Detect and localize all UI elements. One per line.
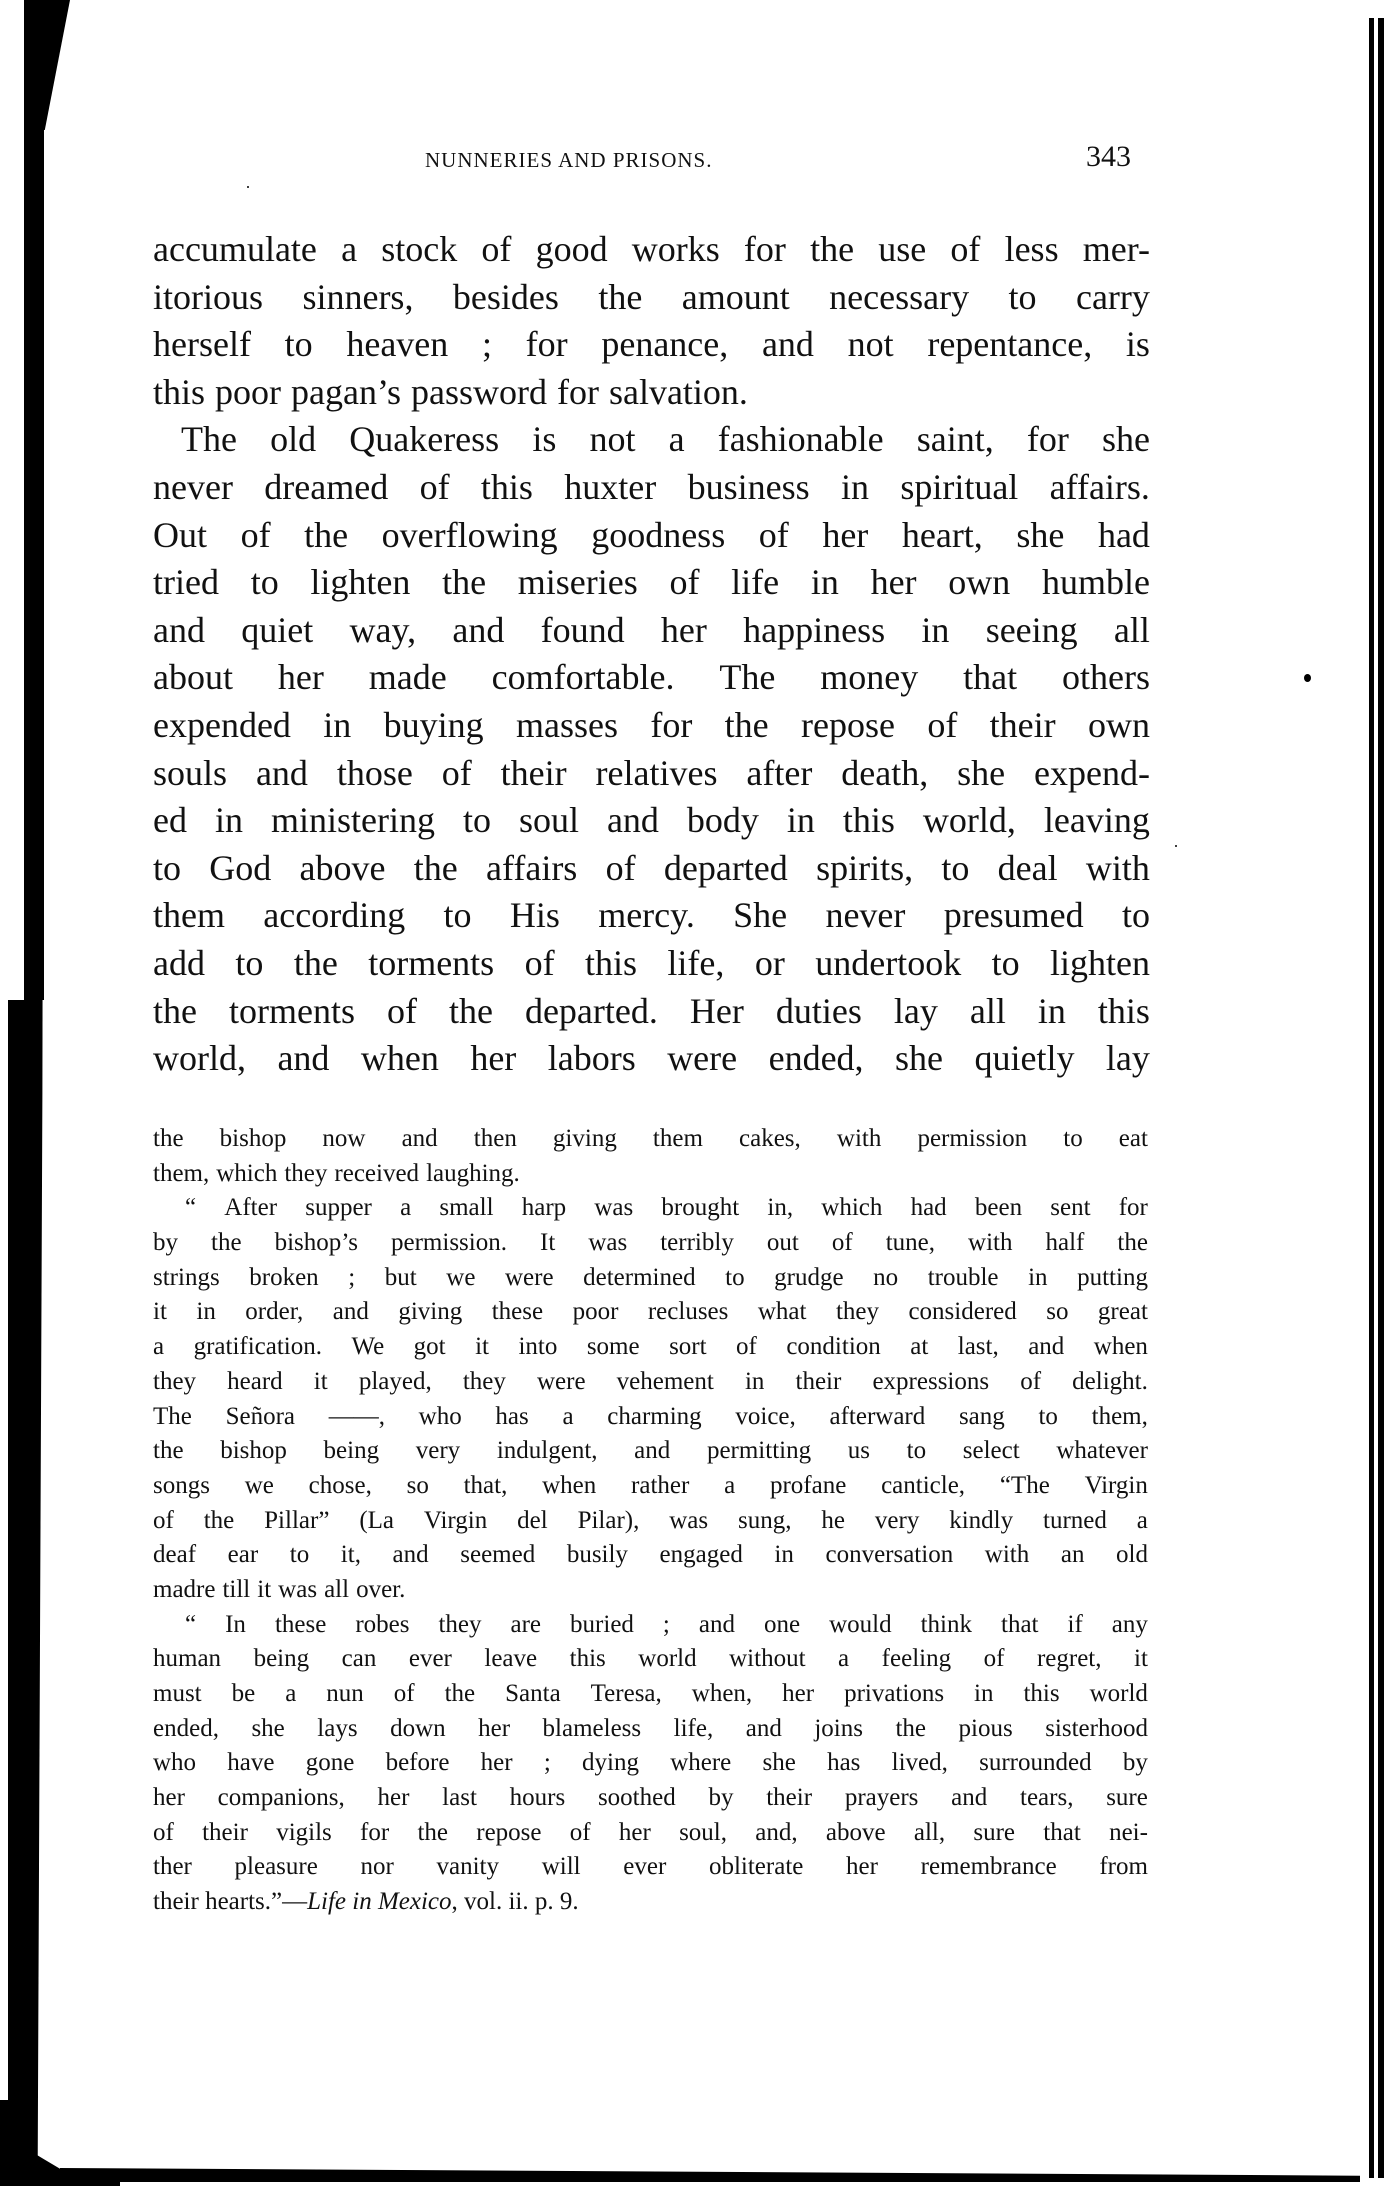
footnote-extract: thebishopnowandthengivingthemcakes,withp… (153, 1122, 1148, 1920)
footnote-line: thebishopbeingveryindulgent,andpermittin… (153, 1434, 1148, 1469)
body-line: themaccordingtoHismercy.Sheneverpresumed… (153, 892, 1150, 940)
body-line: herselftoheaven;forpenance,andnotrepenta… (153, 321, 1150, 369)
footnote-line: songswechose,sothat,whenratheraprofaneca… (153, 1469, 1148, 1504)
body-line: thispoorpagan’spasswordforsalvation. (153, 369, 1150, 417)
scan-top-left-flare (28, 0, 70, 130)
footnote-line: them,whichtheyreceivedlaughing. (153, 1157, 1148, 1192)
footnote-line: hercompanions,herlasthourssoothedbytheir… (153, 1781, 1148, 1816)
footnote-line: deafeartoit,andseemedbusilyengagedinconv… (153, 1538, 1148, 1573)
body-line: Outoftheoverflowinggoodnessofherheart,sh… (153, 512, 1150, 560)
body-line: toGodabovetheaffairsofdepartedspirits,to… (153, 845, 1150, 893)
page-number: 343 (1086, 140, 1131, 174)
footnote-line: “Intheserobestheyareburied;andonewouldth… (153, 1608, 1148, 1643)
citation-title: Life in Mexico (307, 1885, 451, 1920)
footnote-line: TheSeñora——,whohasacharmingvoice,afterwa… (153, 1400, 1148, 1435)
body-line: neverdreamedofthishuxterbusinessinspirit… (153, 464, 1150, 512)
scan-right-edge-inner (1369, 18, 1374, 2178)
footnote-line: humanbeingcaneverleavethisworldwithoutaf… (153, 1642, 1148, 1677)
footnote-line: mustbeanunoftheSantaTeresa,when,herpriva… (153, 1677, 1148, 1712)
body-line: triedtolightenthemiseriesoflifeinherownh… (153, 559, 1150, 607)
footnote-line: ofthePillar”(LaVirgindelPilar),wassung,h… (153, 1504, 1148, 1539)
scan-left-edge-inner (8, 1000, 30, 2186)
scan-bottom-edge (60, 2168, 1360, 2182)
citation-line: their hearts.”—Life in Mexico, vol. ii. … (153, 1885, 1148, 1920)
body-line: edinministeringtosoulandbodyinthisworld,… (153, 797, 1150, 845)
footnote-line: whohavegonebeforeher;dyingwhereshehasliv… (153, 1746, 1148, 1781)
footnote-line: stringsbroken;butweweredeterminedtogrudg… (153, 1261, 1148, 1296)
footnote-line: ended,shelaysdownherblamelesslife,andjoi… (153, 1712, 1148, 1747)
footnote-line: “Aftersupperasmallharpwasbroughtin,which… (153, 1191, 1148, 1226)
scan-speck (1304, 674, 1311, 682)
footnote-line: theyhearditplayed,theywerevehementinthei… (153, 1365, 1148, 1400)
footnote-line: oftheirvigilsforthereposeofhersoul,and,a… (153, 1816, 1148, 1851)
body-line: TheoldQuakeressisnotafashionablesaint,fo… (153, 416, 1150, 464)
footnote-line: itinorder,andgivingthesepoorrecluseswhat… (153, 1295, 1148, 1330)
citation-suffix: , vol. ii. p. 9. (452, 1885, 579, 1920)
footnote-line: bythebishop’spermission.Itwasterriblyout… (153, 1226, 1148, 1261)
scan-right-edge-outer (1378, 18, 1384, 2178)
body-line: thetormentsofthedeparted.Herdutieslayall… (153, 988, 1150, 1036)
body-line: andquietway,andfoundherhappinessinseeing… (153, 607, 1150, 655)
body-line: abouthermadecomfortable.Themoneythatothe… (153, 654, 1150, 702)
scan-left-edge-upper (24, 0, 44, 1000)
scan-speck (247, 186, 249, 188)
running-head-title: NUNNERIES AND PRISONS. (425, 148, 725, 173)
scan-speck (1175, 845, 1177, 847)
body-line: expendedinbuyingmassesforthereposeofthei… (153, 702, 1150, 750)
body-line: world,andwhenherlaborswereended,shequiet… (153, 1035, 1150, 1083)
body-line: itorioussinners,besidestheamountnecessar… (153, 274, 1150, 322)
footnote-line: thebishopnowandthengivingthemcakes,withp… (153, 1122, 1148, 1157)
body-line: accumulateastockofgoodworksfortheuseofle… (153, 226, 1150, 274)
body-line: soulsandthoseoftheirrelativesafterdeath,… (153, 750, 1150, 798)
footnote-line: therpleasurenorvanitywilleverobliterateh… (153, 1850, 1148, 1885)
footnote-line: agratification.Wegotitintosomesortofcond… (153, 1330, 1148, 1365)
body-line: addtothetormentsofthislife,orundertookto… (153, 940, 1150, 988)
body-text: accumulateastockofgoodworksfortheuseofle… (153, 226, 1150, 1083)
footnote-line: madretillitwasallover. (153, 1573, 1148, 1608)
citation-prefix: their hearts.”— (153, 1885, 307, 1920)
scanned-book-page: NUNNERIES AND PRISONS. 343 accumulateast… (0, 0, 1386, 2186)
